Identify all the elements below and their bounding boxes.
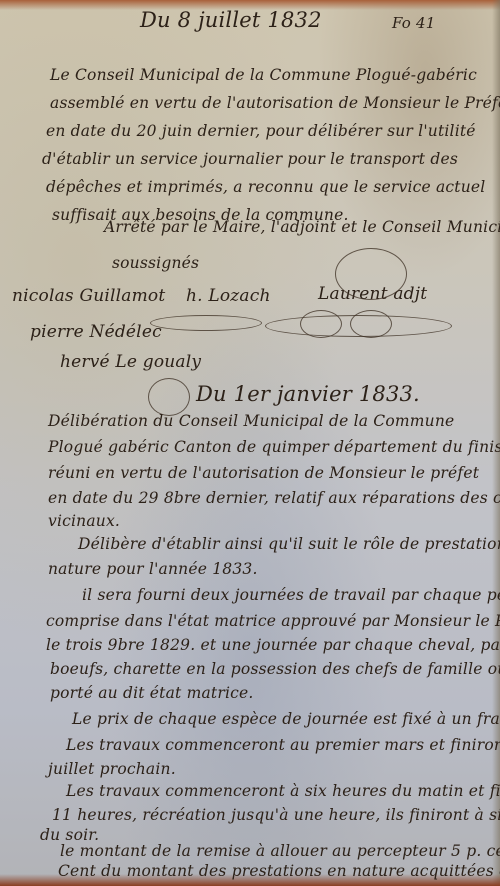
text-line: Plogué gabéric Canton de quimper départe…: [48, 438, 500, 456]
text-line: nature pour l'année 1833.: [48, 560, 258, 578]
text-line: dépêches et imprimés, a reconnu que le s…: [46, 178, 485, 196]
entry-heading: Du 8 juillet 1832: [140, 8, 322, 32]
signature: h. Lozach: [186, 286, 271, 306]
text-line: Les travaux commenceront à six heures du…: [66, 782, 500, 800]
text-line: le trois 9bre 1829. et une journée par c…: [46, 636, 500, 654]
text-line: en date du 20 juin dernier, pour délibér…: [46, 122, 476, 140]
document-page: Du 8 juillet 1832 Fo 41 Le Conseil Munic…: [0, 0, 500, 886]
text-line: boeufs, charette en la possession des ch…: [50, 660, 500, 678]
text-line: Cent du montant des prestations en natur…: [58, 862, 500, 880]
signature-flourish: [350, 310, 392, 338]
text-line: vicinaux.: [48, 512, 120, 530]
text-line: comprise dans l'état matrice approuvé pa…: [46, 612, 500, 630]
text-line: en date du 29 8bre dernier, relatif aux …: [48, 489, 500, 507]
text-line: Délibère d'établir ainsi qu'il suit le r…: [78, 535, 500, 553]
signature-flourish: [300, 310, 342, 338]
folio-number: Fo 41: [392, 14, 435, 32]
text-line: il sera fourni deux journées de travail …: [82, 586, 500, 604]
text-line: assemblé en vertu de l'autorisation de M…: [50, 94, 500, 112]
text-line: juillet prochain.: [48, 760, 176, 778]
text-line: soussignés: [112, 254, 199, 272]
signature: hervé Le goualy: [60, 352, 201, 372]
text-line: Délibération du Conseil Municipal de la …: [48, 412, 454, 430]
text-line: Le prix de chaque espèce de journée est …: [72, 710, 500, 728]
signature-flourish: [150, 315, 262, 331]
text-line: le montant de la remise à allouer au per…: [60, 842, 500, 860]
text-line: d'établir un service journalier pour le …: [42, 150, 458, 168]
signature-flourish: [335, 248, 407, 300]
entry-heading: Du 1er janvier 1833.: [196, 382, 420, 406]
signature: nicolas Guillamot: [12, 286, 165, 306]
text-line: 11 heures, récréation jusqu'à une heure,…: [52, 806, 500, 824]
text-line: Arrêté par le Maire, l'adjoint et le Con…: [104, 218, 500, 236]
text-line: réuni en vertu de l'autorisation de Mons…: [48, 464, 479, 482]
text-line: Les travaux commenceront au premier mars…: [66, 736, 500, 754]
text-line: Le Conseil Municipal de la Commune Plogu…: [50, 66, 477, 84]
heading-flourish: [148, 378, 190, 416]
text-line: porté au dit état matrice.: [50, 684, 254, 702]
signature: pierre Nédélec: [30, 322, 162, 342]
